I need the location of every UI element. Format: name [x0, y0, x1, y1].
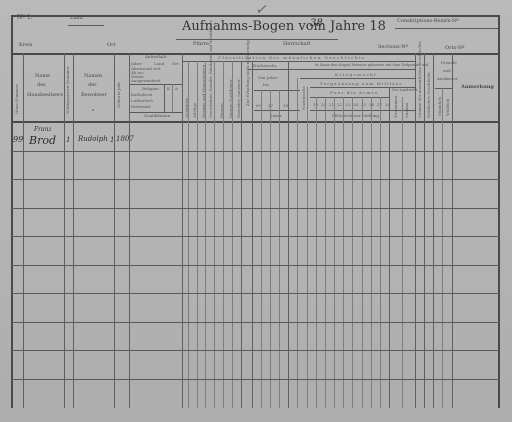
- census-form-sheet: Nº 1. Land Aufnahms-Bogen vom Jahre 18 3…: [0, 0, 512, 422]
- zur-landwehr-header: Zur Landwehr: [392, 89, 417, 93]
- col-line: [64, 53, 65, 408]
- row-line: [12, 265, 499, 266]
- geburtsjahr-header: Geburts-Jahr: [117, 82, 121, 108]
- title-underline: [176, 39, 338, 40]
- col-line: [288, 61, 289, 408]
- religion-vline: [164, 84, 165, 112]
- aufenthalt-row-4: Ausgewandert: [131, 79, 160, 83]
- frame-top: [11, 15, 500, 17]
- kreis-label: Kreis: [19, 43, 32, 48]
- von-jahre-header: Von Jahre: [258, 76, 278, 80]
- pfarre-label: Pfarre: [193, 42, 209, 47]
- herrschaft-label: Herrschaft: [283, 42, 311, 47]
- religion-kath: Katholisch: [131, 93, 152, 97]
- landwehr-col-1: Summa: [405, 103, 409, 118]
- nachwuchs-line: [248, 69, 300, 70]
- ort-label: Ort: [107, 43, 116, 48]
- row-line: [12, 236, 499, 237]
- col-line: [214, 61, 215, 408]
- col-line: [415, 53, 416, 408]
- table-row: 99 Franz Brod 1 Rudolph 1 1807: [12, 122, 499, 151]
- fremde-line: [435, 88, 453, 89]
- col-line: [182, 53, 183, 408]
- vergaenzung-header: Vergaenzung zum Militaer: [320, 82, 403, 86]
- bewohner-cell: Rudolph: [78, 136, 108, 143]
- name-header-3: Hausbesitzers: [27, 93, 63, 98]
- bewohner-header-1: Namen: [84, 74, 102, 79]
- bewohner-header-2: der: [88, 83, 97, 88]
- religion-col-k: K: [167, 87, 170, 91]
- aufenthalt-title: Aufenthalt: [145, 55, 166, 59]
- col-line: [23, 53, 24, 408]
- land-line: [68, 25, 104, 26]
- bewohner-suffix: a: [92, 108, 94, 112]
- religion-ref: Reformirt: [131, 105, 151, 109]
- religion-vline-2: [172, 84, 173, 112]
- name-header-2: des: [37, 83, 46, 88]
- konskription-line: [395, 28, 500, 29]
- qualifikation-header: Qualifikation: [144, 114, 170, 118]
- alters-label: Jahre: [271, 114, 282, 118]
- konskription-label: Conskriptions-Bezirk-Nº: [397, 19, 459, 24]
- bewohner-header-3: Bewohner: [81, 93, 107, 98]
- haus-nummer-header: Haus-Nummer: [15, 84, 19, 114]
- col-line: [114, 53, 115, 408]
- col-line: [73, 53, 74, 408]
- sections-label: Sections-Nº: [378, 45, 408, 50]
- col-line: [197, 61, 198, 408]
- row-line: [12, 208, 499, 209]
- religion-luth: Lutherisch: [131, 99, 153, 103]
- weiblich-header: Weibliches Geschlecht: [427, 72, 431, 118]
- armee-line: [310, 97, 390, 98]
- reserve-header: Kriegsmacht: [335, 73, 377, 77]
- bewohner-mark-cell: 1: [110, 137, 114, 144]
- zur-erhaltung-header: Zur Erhaltung nicht nothwendig: [246, 40, 250, 106]
- nachwuchs2-header: Nachwuchs: [302, 86, 306, 110]
- in-sinne-line: [300, 69, 415, 70]
- hausbesitzer-last-cell: Brod: [29, 135, 56, 146]
- geburtsjahr-cell: 1807: [116, 136, 134, 143]
- aufenthalt-col-land: Land: [154, 62, 164, 66]
- bis-header: bis: [263, 83, 269, 87]
- nachwuchs-header: Nachwuchs: [253, 64, 277, 68]
- armee-col-4: 23: [345, 103, 350, 107]
- aufenthalt-divider: [129, 84, 182, 85]
- wohnpartei-cell: 1: [66, 137, 70, 144]
- religion-col-a: A: [175, 87, 178, 91]
- armee-col-5: 24: [353, 103, 358, 107]
- row-line: [12, 179, 499, 180]
- haus-nummer-cell: 99: [13, 136, 23, 144]
- row-line: [12, 293, 499, 294]
- year-suffix: 38: [310, 19, 323, 29]
- col-line: [205, 61, 206, 408]
- row-line: [12, 151, 499, 152]
- religion-title: Religion: [142, 87, 159, 91]
- summe-maennlich-header: Summe des maennlichen Geschlechts: [418, 41, 422, 118]
- hausbesitzer-first-cell: Franz: [34, 127, 52, 133]
- row-line: [12, 379, 499, 380]
- orts-label: Orts-Nº: [445, 46, 464, 51]
- class-col-3: Gewerbsleute, Künstler, Fabrikanten und …: [210, 20, 214, 118]
- in-sinne-header: In Sinne des obigen Patentes gehoeren mi…: [315, 64, 429, 68]
- col-line: [188, 61, 189, 408]
- col-line: [452, 53, 453, 408]
- anmerkung-header: Anmerkung: [461, 85, 494, 90]
- armee-col-3: 22: [337, 103, 342, 107]
- col-line: [129, 53, 130, 408]
- classification-title: Classification der männlichen Geschlecht…: [218, 56, 366, 60]
- col-line: [232, 61, 233, 408]
- fremde-col-1: Weiblich: [446, 99, 450, 116]
- col-line: [433, 53, 434, 408]
- classification-underline: [183, 61, 415, 62]
- row-line: [12, 322, 499, 323]
- col-line: [424, 53, 425, 408]
- name-header-1: Name: [35, 74, 50, 79]
- fuer-die-armee-header: Fuer die Armee: [330, 91, 379, 95]
- row-line: [12, 350, 499, 351]
- fremde-header-2: und: [443, 69, 451, 73]
- col-line: [241, 61, 242, 408]
- fremde-header-3: Ausländer: [437, 77, 458, 81]
- col-line: [223, 61, 224, 408]
- kriegsmacht-line: [300, 78, 415, 79]
- col-line: [252, 61, 253, 408]
- landwehr-col-0: Zusammen: [394, 96, 398, 118]
- aufenthalt-col-ort: Ort: [172, 62, 179, 66]
- fremde-header-1: Fremde: [441, 61, 457, 65]
- wohnpartei-header: Wohnparteien-Nummer: [66, 66, 70, 114]
